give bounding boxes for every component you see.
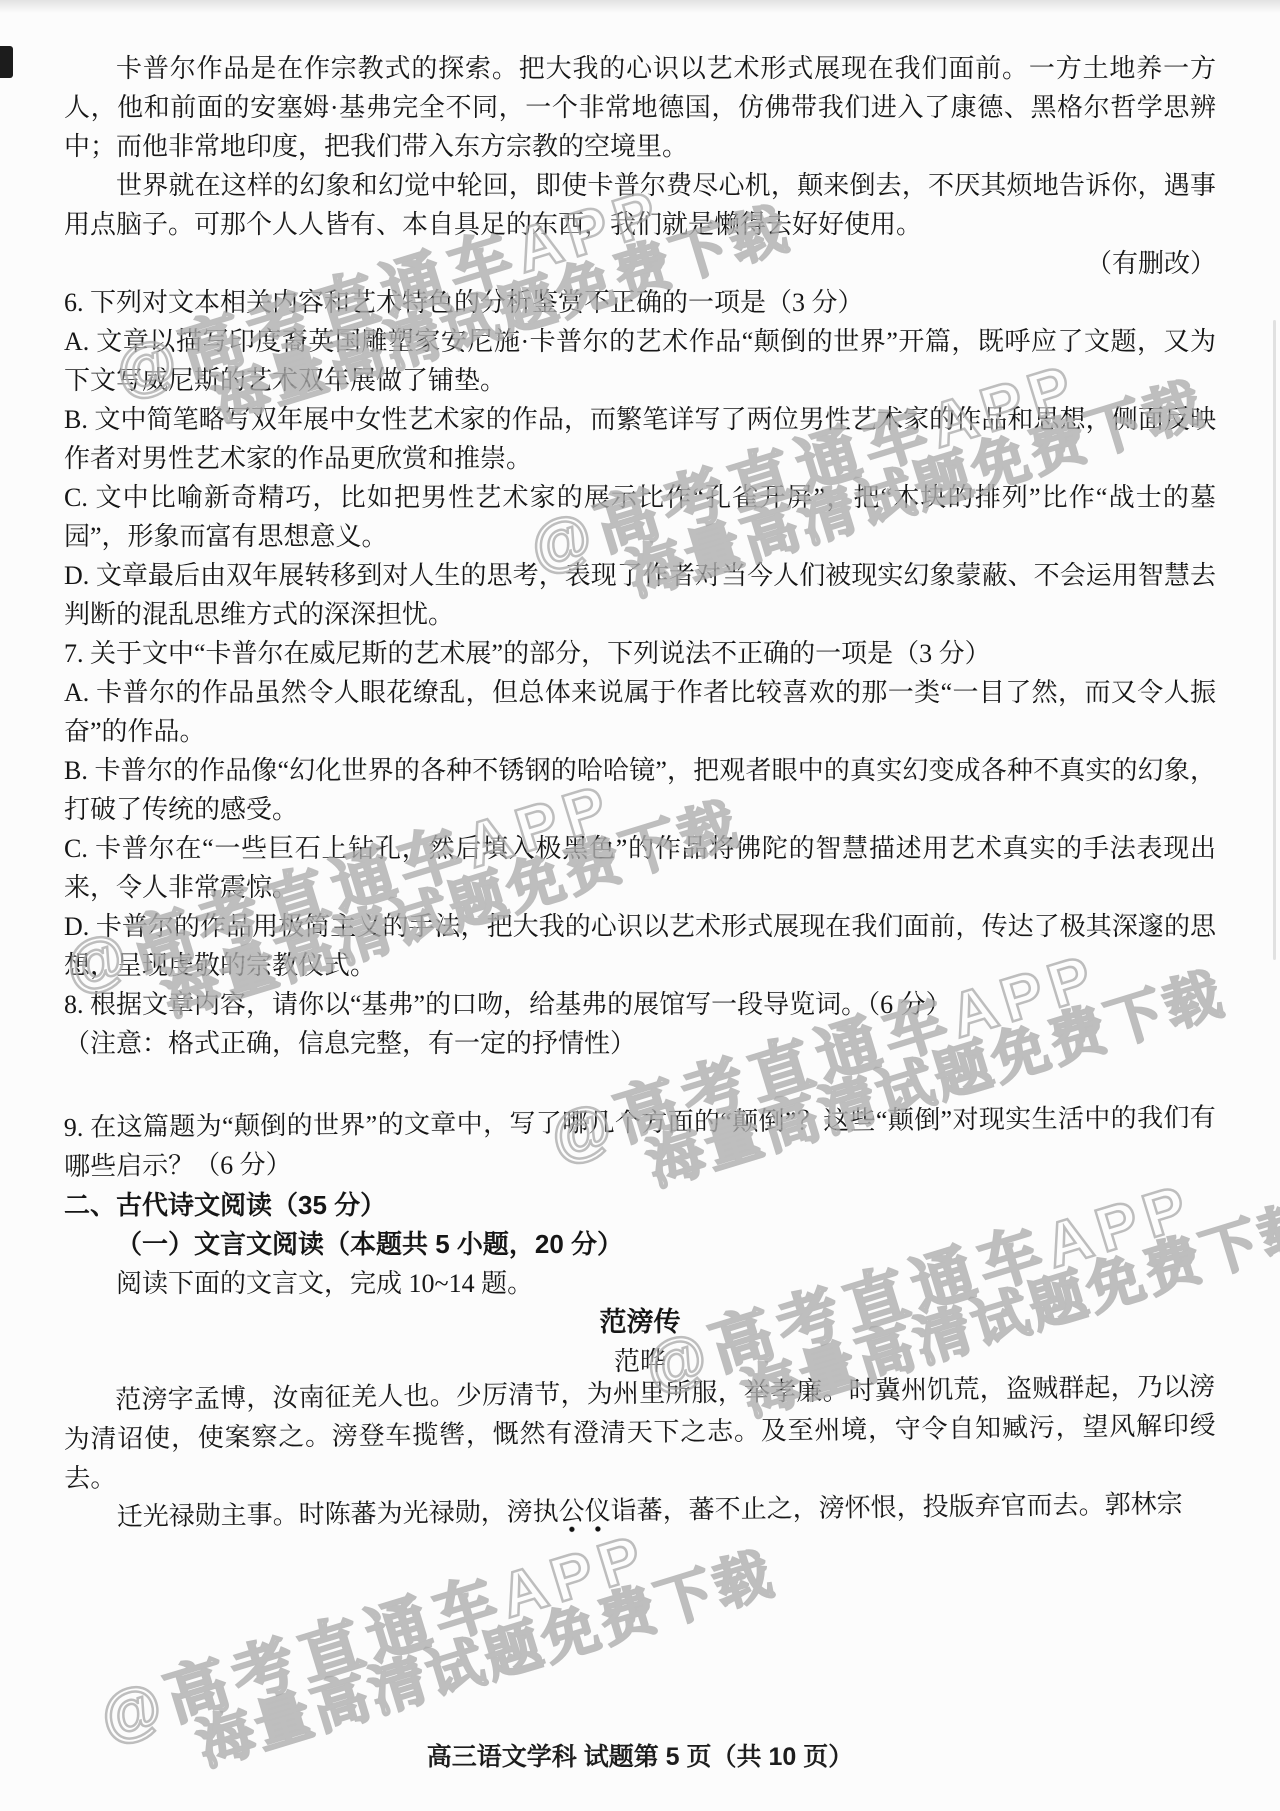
classical-paragraph-2-post: 诣蕃，蕃不止之，滂怀恨，投版弃官而去。郭林宗 (611, 1489, 1183, 1525)
classical-paragraph-2-emphasized-term: 公仪 (559, 1496, 611, 1533)
question-7-option-c: C. 卡普尔在“一些巨石上钻孔，然后填入极黑色”的作品将佛陀的智慧描述用艺术真实… (64, 829, 1216, 907)
classical-passage-block: 范滂字孟博，汝南征羌人也。少厉清节，为州里所服，举孝廉。时冀州饥荒，盗贼群起，乃… (63, 1367, 1217, 1537)
question-6-option-c: C. 文中比喻新奇精巧，比如把男性艺术家的展示比作“孔雀开屏”，把“木块的排列”… (64, 478, 1216, 556)
passage-paragraph-1: 卡普尔作品是在作宗教式的探索。把大我的心识以艺术形式展现在我们面前。一方土地养一… (64, 49, 1216, 166)
passage-paragraph-2: 世界就在这样的幻象和幻觉中轮回，即使卡普尔费尽心机，颠来倒去，不厌其烦地告诉你，… (64, 166, 1216, 244)
section-2-instruction: 阅读下面的文言文，完成 10~14 题。 (64, 1264, 1216, 1303)
question-8-stem: 8. 根据文章内容，请你以“基弗”的口吻，给基弗的展馆写一段导览词。（6 分） (64, 985, 1216, 1024)
passage-attribution: （有删改） (64, 244, 1216, 283)
question-6-option-a: A. 文章以描写印度裔英国雕塑家安尼施·卡普尔的艺术作品“颠倒的世界”开篇，既呼… (64, 322, 1216, 400)
question-6-stem: 6. 下列对文本相关内容和艺术特色的分析鉴赏不正确的一项是（3 分） (64, 283, 1216, 322)
question-9-block: 9. 在这篇题为“颠倒的世界”的文章中，写了哪几个方面的“颠倒”？这些“颠倒”对… (64, 1098, 1217, 1186)
question-9-stem: 9. 在这篇题为“颠倒的世界”的文章中，写了哪几个方面的“颠倒”？这些“颠倒”对… (64, 1098, 1217, 1186)
question-7-option-a: A. 卡普尔的作品虽然令人眼花缭乱，但总体来说属于作者比较喜欢的那一类“一目了然… (64, 673, 1216, 751)
section-2-subheading: （一）文言文阅读（本题共 5 小题，20 分） (64, 1225, 1216, 1264)
classical-passage-title: 范滂传 (64, 1303, 1216, 1342)
watermark-line1: @高考直通车APP (97, 1502, 763, 1740)
watermark-line2: 海量高清试题免费下载 (193, 1553, 778, 1766)
page-footer: 高三语文学科 试题第 5 页（共 10 页） (0, 1738, 1280, 1777)
question-6-option-d: D. 文章最后由双年展转移到对人生的思考，表现了作者对当今人们被现实幻象蒙蔽、不… (64, 556, 1216, 634)
section-2-heading: 二、古代诗文阅读（35 分） (64, 1186, 1216, 1225)
question-7-option-b: B. 卡普尔的作品像“幻化世界的各种不锈钢的哈哈镜”，把观者眼中的真实幻变成各种… (64, 751, 1216, 829)
question-6-option-b: B. 文中简笔略写双年展中女性艺术家的作品，而繁笔详写了两位男性艺术家的作品和思… (64, 400, 1216, 478)
classical-paragraph-2-pre: 迁光禄勋主事。时陈蕃为光禄勋，滂执 (117, 1497, 559, 1531)
question-8-note: （注意：格式正确，信息完整，有一定的抒情性） (64, 1024, 1216, 1063)
exam-paper-page: @高考直通车APP 海量高清试题免费下载 @高考直通车APP 海量高清试题免费下… (0, 0, 1280, 1811)
page-content: 卡普尔作品是在作宗教式的探索。把大我的心识以艺术形式展现在我们面前。一方土地养一… (0, 0, 1280, 1537)
question-7-stem: 7. 关于文中“卡普尔在威尼斯的艺术展”的部分，下列说法不正确的一项是（3 分） (64, 634, 1216, 673)
classical-paragraph-1: 范滂字孟博，汝南征羌人也。少厉清节，为州里所服，举孝廉。时冀州饥荒，盗贼群起，乃… (63, 1367, 1216, 1498)
question-7-option-d: D. 卡普尔的作品用极简主义的手法，把大我的心识以艺术形式展现在我们面前，传达了… (64, 907, 1216, 985)
